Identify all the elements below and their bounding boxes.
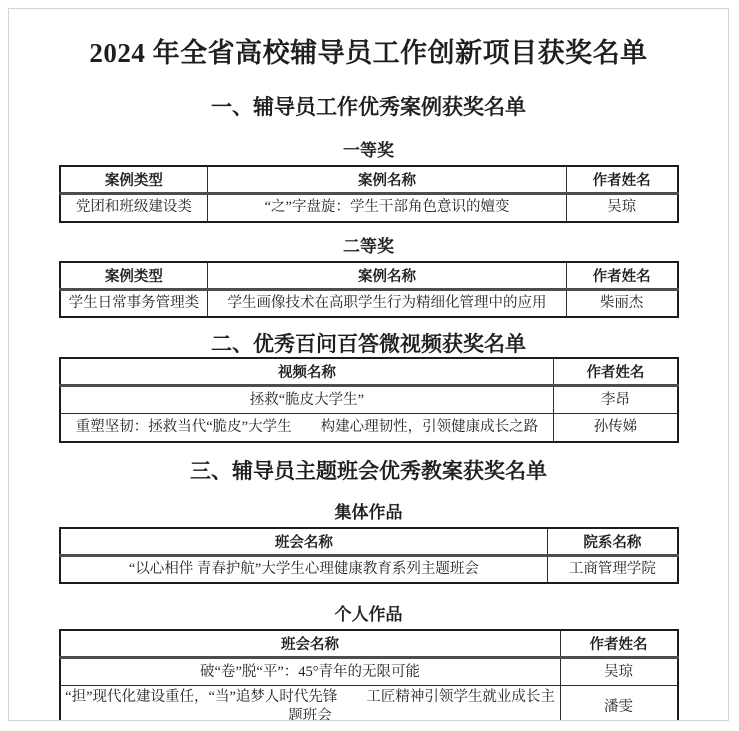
table-second-prize-cases: 案例类型 案例名称 作者姓名 学生日常事务管理类 学生画像技术在高职学生行为精细… [59, 261, 679, 319]
column-header-case-type: 案例类型 [60, 262, 208, 290]
table-row: 重塑坚韧：拯救当代“脆皮”大学生 构建心理韧性，引领健康成长之路 孙传娣 [60, 414, 678, 442]
cell-meeting-name: 破“卷”脱“平”：45°青年的无限可能 [60, 658, 561, 686]
table-header-row: 案例类型 案例名称 作者姓名 [60, 166, 678, 194]
section-heading-micro-videos: 二、优秀百问百答微视频获奖名单 [9, 333, 728, 357]
column-header-author-name: 作者姓名 [566, 262, 677, 290]
cell-video-name: 重塑坚韧：拯救当代“脆皮”大学生 构建心理韧性，引领健康成长之路 [60, 414, 554, 442]
column-header-author-name: 作者姓名 [566, 166, 677, 194]
subtitle-individual-works: 个人作品 [9, 605, 728, 625]
cell-case-type: 学生日常事务管理类 [60, 289, 208, 317]
cell-author-name: 孙传娣 [554, 414, 678, 442]
table-award-videos: 视频名称 作者姓名 拯救“脆皮大学生” 李昂 重塑坚韧：拯救当代“脆皮”大学生 … [59, 357, 679, 443]
column-header-author-name: 作者姓名 [560, 630, 677, 658]
cell-department-name: 工商管理学院 [548, 555, 678, 583]
table-header-row: 班会名称 院系名称 [60, 528, 678, 556]
column-header-meeting-name: 班会名称 [60, 528, 548, 556]
section-heading-class-meeting-plans: 三、辅导员主题班会优秀教案获奖名单 [9, 460, 728, 484]
table-row: 破“卷”脱“平”：45°青年的无限可能 吴琼 [60, 658, 678, 686]
cell-case-type: 党团和班级建设类 [60, 194, 208, 222]
table-header-row: 视频名称 作者姓名 [60, 358, 678, 386]
cell-author-name: 吴琼 [560, 658, 677, 686]
cell-meeting-name: “担”现代化建设重任，“当”追梦人时代先锋 工匠精神引领学生就业成长主题班会 [60, 686, 561, 722]
subtitle-collective-works: 集体作品 [9, 503, 728, 523]
column-header-case-name: 案例名称 [208, 262, 566, 290]
table-row: “以心相伴 青春护航”大学生心理健康教育系列主题班会 工商管理学院 [60, 555, 678, 583]
table-collective-works: 班会名称 院系名称 “以心相伴 青春护航”大学生心理健康教育系列主题班会 工商管… [59, 527, 679, 585]
column-header-case-type: 案例类型 [60, 166, 208, 194]
prize-subtitle-second: 二等奖 [9, 237, 728, 257]
cell-case-name: 学生画像技术在高职学生行为精细化管理中的应用 [208, 289, 566, 317]
prize-subtitle-first: 一等奖 [9, 141, 728, 161]
column-header-department-name: 院系名称 [548, 528, 678, 556]
table-row: 党团和班级建设类 “之”字盘旋：学生干部角色意识的嬗变 吴琼 [60, 194, 678, 222]
cell-author-name: 李昂 [554, 386, 678, 414]
table-individual-works: 班会名称 作者姓名 破“卷”脱“平”：45°青年的无限可能 吴琼 “担”现代化建… [59, 629, 679, 721]
cell-meeting-name: “以心相伴 青春护航”大学生心理健康教育系列主题班会 [60, 555, 548, 583]
table-row: 学生日常事务管理类 学生画像技术在高职学生行为精细化管理中的应用 柴丽杰 [60, 289, 678, 317]
column-header-video-name: 视频名称 [60, 358, 554, 386]
table-row: 拯救“脆皮大学生” 李昂 [60, 386, 678, 414]
table-first-prize-cases: 案例类型 案例名称 作者姓名 党团和班级建设类 “之”字盘旋：学生干部角色意识的… [59, 165, 679, 223]
cell-case-name: “之”字盘旋：学生干部角色意识的嬗变 [208, 194, 566, 222]
section-heading-excellent-cases: 一、辅导员工作优秀案例获奖名单 [9, 96, 728, 120]
cell-author-name: 柴丽杰 [566, 289, 677, 317]
column-header-case-name: 案例名称 [208, 166, 566, 194]
table-header-row: 案例类型 案例名称 作者姓名 [60, 262, 678, 290]
cell-video-name: 拯救“脆皮大学生” [60, 386, 554, 414]
document-page: 2024 年全省高校辅导员工作创新项目获奖名单 一、辅导员工作优秀案例获奖名单 … [8, 8, 729, 721]
column-header-author-name: 作者姓名 [554, 358, 678, 386]
cell-author-name: 潘雯 [560, 686, 677, 722]
document-title: 2024 年全省高校辅导员工作创新项目获奖名单 [9, 36, 728, 70]
table-row: “担”现代化建设重任，“当”追梦人时代先锋 工匠精神引领学生就业成长主题班会 潘… [60, 686, 678, 722]
cell-author-name: 吴琼 [566, 194, 677, 222]
column-header-meeting-name: 班会名称 [60, 630, 561, 658]
table-header-row: 班会名称 作者姓名 [60, 630, 678, 658]
